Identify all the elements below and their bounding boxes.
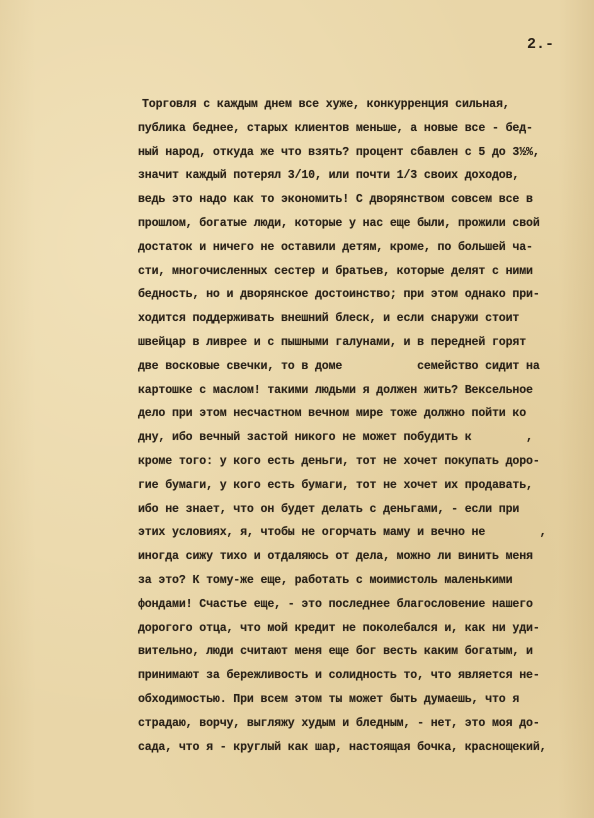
text-line: фондами! Счастье еще, - это последнее бл… xyxy=(138,593,588,617)
text-line: ный народ, откуда же что взять? процент … xyxy=(138,141,588,165)
text-line: публика беднее, старых клиентов меньше, … xyxy=(138,117,588,141)
text-line: швейцар в ливрее и с пышными галунами, и… xyxy=(138,331,588,355)
body-text: Торговля с каждым днем все хуже, конкурр… xyxy=(138,93,588,759)
text-line: страдаю, ворчу, выгляжу худым и бледным,… xyxy=(138,712,588,736)
text-line: ибо не знает, что он будет делать с день… xyxy=(138,498,588,522)
text-line: картошке с маслом! такими людьми я долже… xyxy=(138,379,588,403)
text-line: достаток и ничего не оставили детям, кро… xyxy=(138,236,588,260)
text-line: сада, что я - круглый как шар, настоящая… xyxy=(138,736,588,760)
text-line: прошлом, богатые люди, которые у нас еще… xyxy=(138,212,588,236)
text-line: две восковые свечки, то в доме семейство… xyxy=(138,355,588,379)
text-line: ходится поддерживать внешний блеск, и ес… xyxy=(138,307,588,331)
text-line: иногда сижу тихо и отдаляюсь от дела, мо… xyxy=(138,545,588,569)
text-line: принимают за бережливость и солидность т… xyxy=(138,664,588,688)
text-line: дорогого отца, что мой кредит не поколеб… xyxy=(138,617,588,641)
text-line: кроме того: у кого есть деньги, тот не х… xyxy=(138,450,588,474)
text-line: Торговля с каждым днем все хуже, конкурр… xyxy=(138,93,588,117)
text-line: сти, многочисленных сестер и братьев, ко… xyxy=(138,260,588,284)
page-number: 2.- xyxy=(527,36,554,53)
text-line: за это? К тому-же еще, работать с моимис… xyxy=(138,569,588,593)
text-line: дну, ибо вечный застой никого не может п… xyxy=(138,426,588,450)
text-line: обходимостью. При всем этом ты может быт… xyxy=(138,688,588,712)
text-line: этих условиях, я, чтобы не огорчать маму… xyxy=(138,521,588,545)
text-line: дело при этом несчастном вечном мире тож… xyxy=(138,402,588,426)
text-line: вительно, люди считают меня еще бог вест… xyxy=(138,640,588,664)
typewritten-page: 2.- Торговля с каждым днем все хуже, кон… xyxy=(0,0,594,818)
text-line: бедность, но и дворянское достоинство; п… xyxy=(138,283,588,307)
text-line: гие бумаги, у кого есть бумаги, тот не х… xyxy=(138,474,588,498)
text-line: ведь это надо как то экономить! С дворян… xyxy=(138,188,588,212)
text-line: значит каждый потерял 3/10, или почти 1/… xyxy=(138,164,588,188)
